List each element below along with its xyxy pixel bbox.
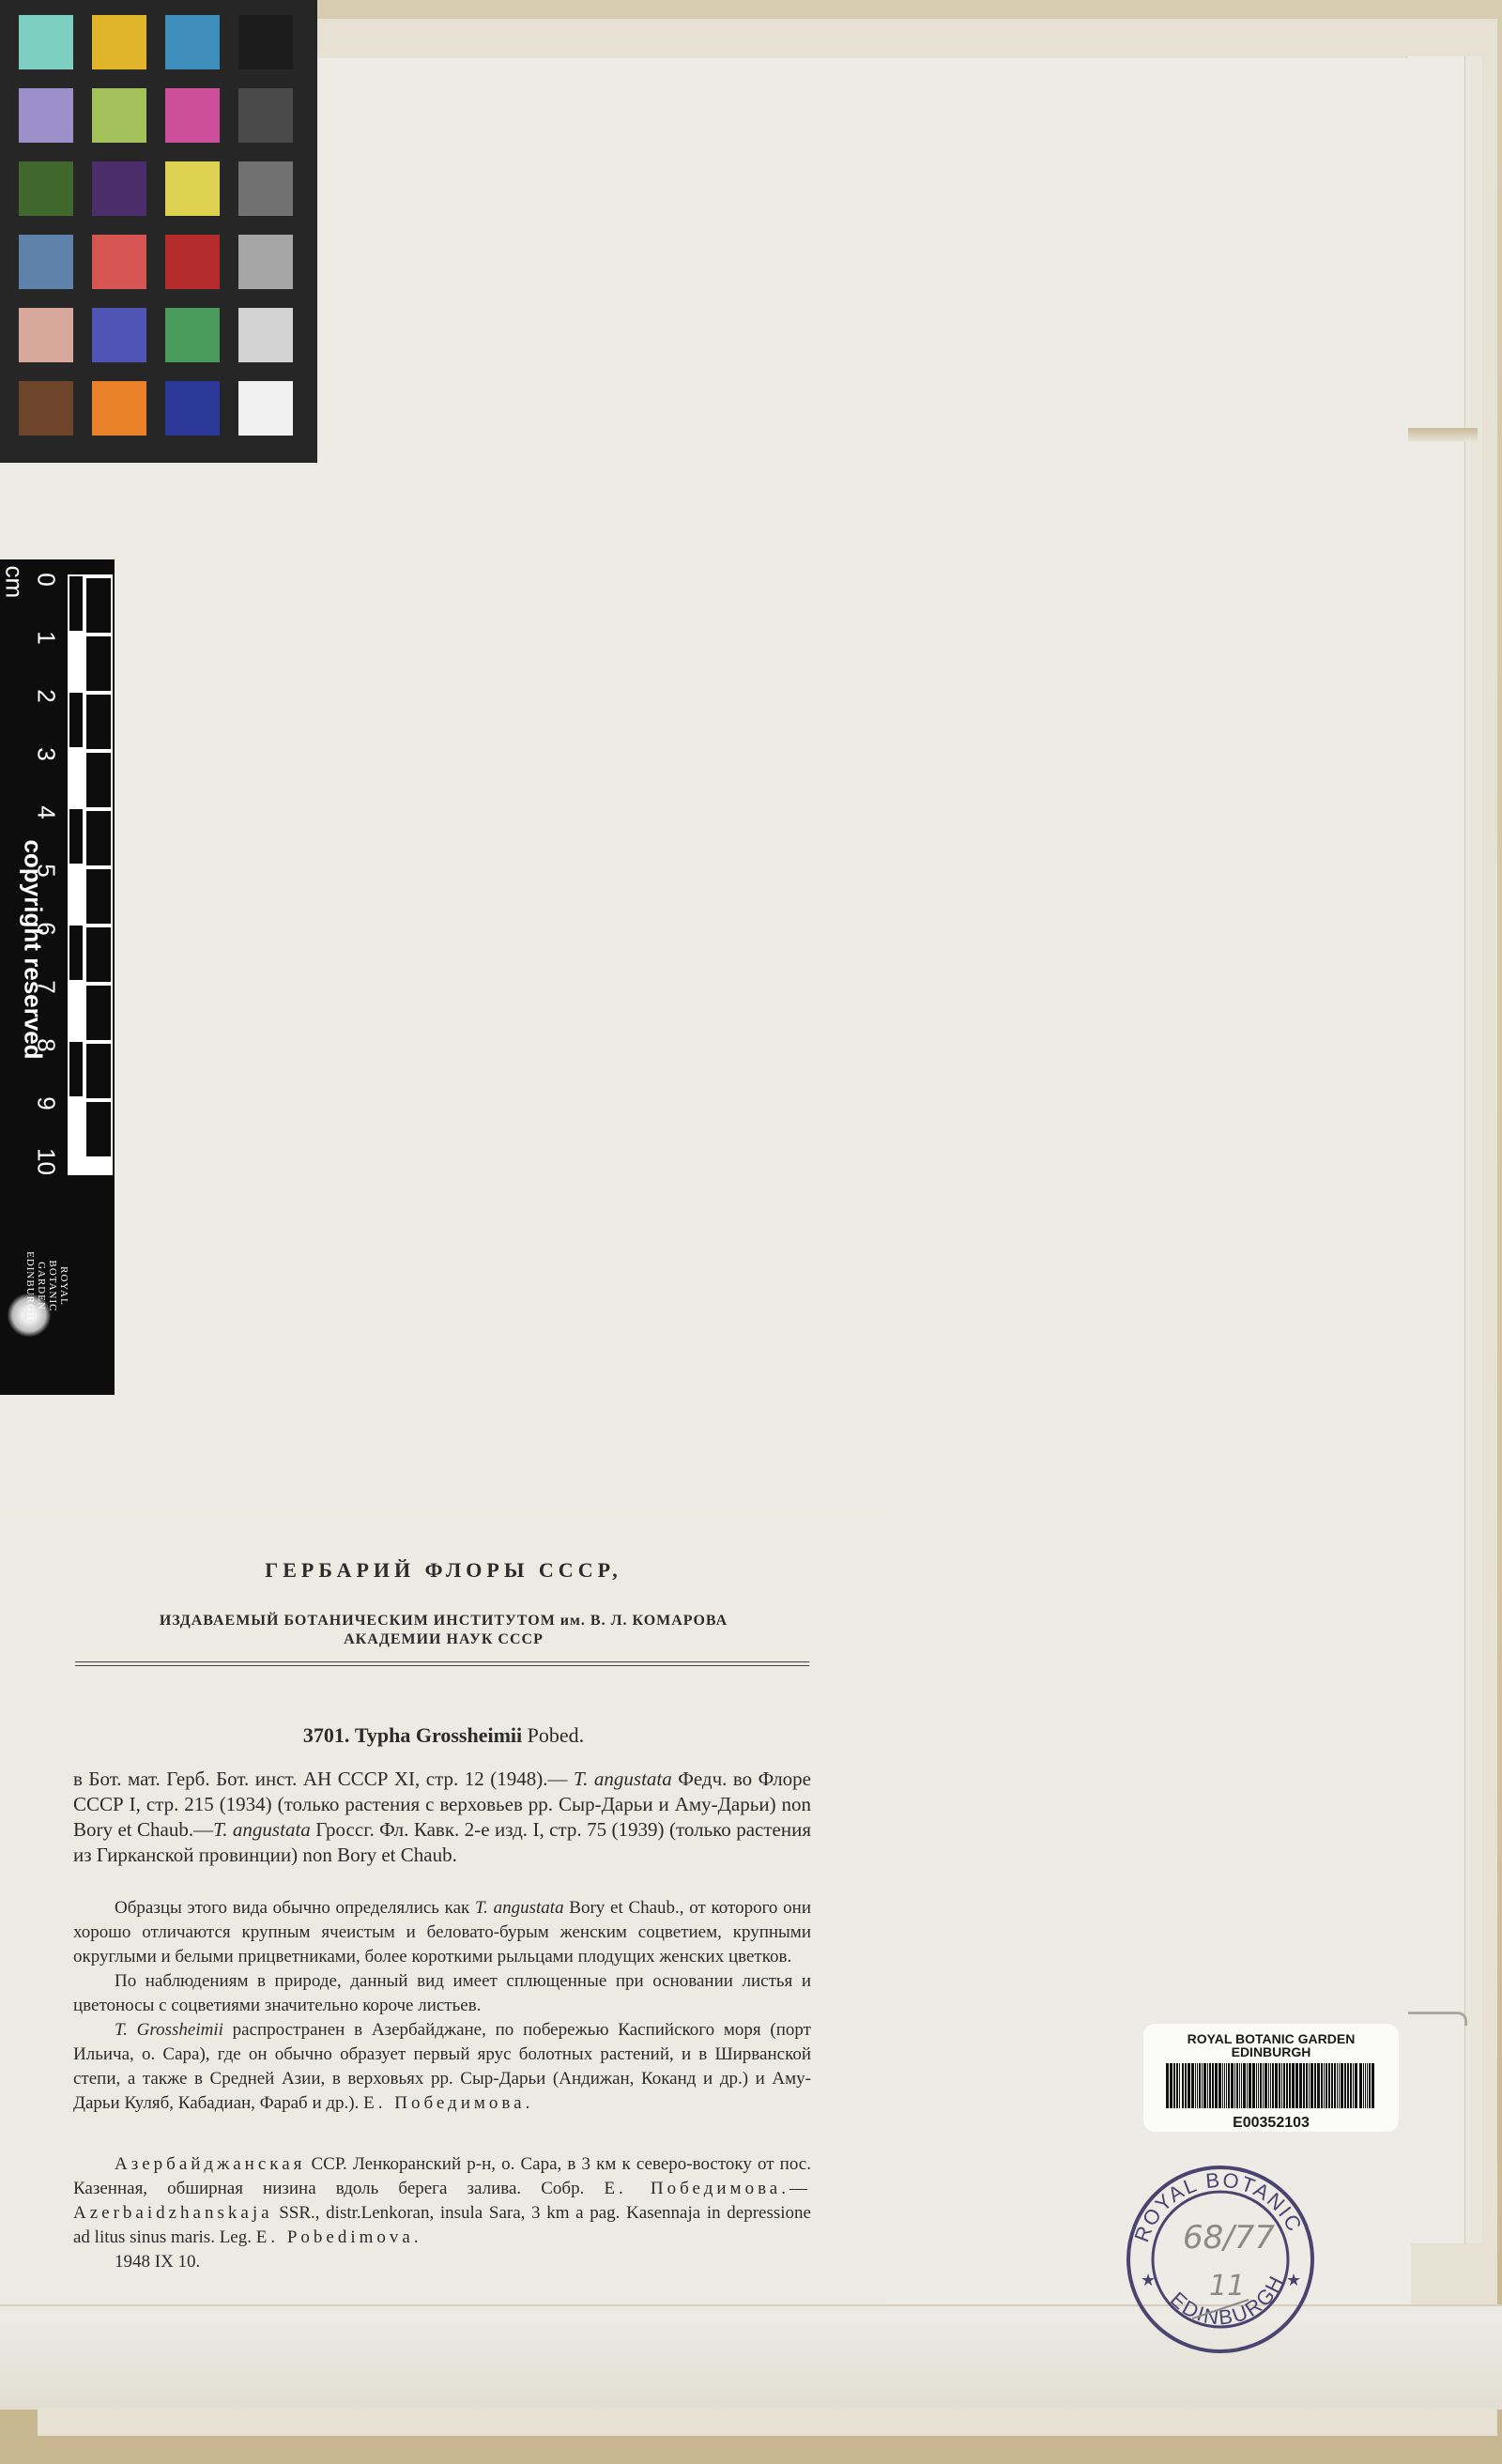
barcode-icon <box>1166 2063 1376 2108</box>
pin-clip <box>1408 2012 1467 2026</box>
ruler-tick-label: 6 <box>32 915 61 943</box>
colour-swatch <box>165 161 220 216</box>
colour-swatch <box>92 161 146 216</box>
specimen-label: ГЕРБАРИЙ ФЛОРЫ СССР, ИЗДАВАЕМЫЙ БОТАНИЧЕ… <box>0 1509 887 2303</box>
barcode-city: EDINBURGH <box>1143 2045 1399 2058</box>
label-academy: АКАДЕМИИ НАУК СССР <box>0 1631 887 1648</box>
colour-swatch <box>238 381 293 436</box>
colour-swatch <box>238 235 293 289</box>
svg-text:★: ★ <box>1141 2271 1156 2289</box>
exsiccata-number: 3701. <box>303 1723 350 1747</box>
colour-swatch <box>165 308 220 362</box>
colour-swatch <box>165 235 220 289</box>
colour-swatch <box>238 161 293 216</box>
ruler-tick-label: 3 <box>32 741 61 769</box>
ruler-tick-label: 1 <box>32 624 61 652</box>
ruler-tick-label: 0 <box>32 566 61 594</box>
herbarium-stamp: ROYAL BOTANIC EDINBURGH ★ ★ 68/77 11 <box>1117 2154 1324 2361</box>
collection-date: 1948 IX 10. <box>73 2250 811 2274</box>
svg-text:★: ★ <box>1286 2271 1301 2289</box>
ruler-tick-label: 9 <box>32 1090 61 1118</box>
barcode-label: ROYAL BOTANIC GARDEN EDINBURGH E00352103 <box>1143 2024 1399 2132</box>
ruler-tick-label: 2 <box>32 682 61 711</box>
svg-text:11: 11 <box>1209 2270 1245 2303</box>
colour-calibration-chart <box>0 0 317 463</box>
label-locality: Азербайджанская ССР. Ленкоранский р-н, о… <box>73 2152 811 2274</box>
ruler-institution: ROYALBOTANICGARDENEDINBURGH <box>24 1230 69 1342</box>
colour-swatch <box>92 235 146 289</box>
colour-swatch <box>19 381 73 436</box>
scale-ruler: copyright reserved ROYALBOTANICGARDENEDI… <box>0 559 115 1395</box>
colour-swatch <box>165 15 220 69</box>
label-rule <box>75 1661 809 1662</box>
species-author: Pobed. <box>528 1723 585 1747</box>
colour-swatch <box>19 235 73 289</box>
species-name: Typha Grossheimii <box>355 1723 522 1747</box>
colour-swatch <box>92 15 146 69</box>
colour-swatch <box>19 15 73 69</box>
label-description: Образцы этого вида обычно определялись к… <box>73 1896 811 2116</box>
colour-swatch <box>19 161 73 216</box>
colour-swatch <box>165 88 220 143</box>
ruler-tick-label: 4 <box>32 799 61 827</box>
svg-text:68/77: 68/77 <box>1183 2219 1275 2257</box>
label-title: 3701. Typha Grossheimii Pobed. <box>0 1723 887 1748</box>
ruler-unit: cm <box>0 566 29 594</box>
label-publisher: ИЗДАВАЕМЫЙ БОТАНИЧЕСКИМ ИНСТИТУТОМ им. В… <box>0 1613 887 1630</box>
label-synonymy: в Бот. мат. Герб. Бот. инст. АН СССР XI,… <box>73 1767 811 1868</box>
barcode-number: E00352103 <box>1143 2115 1399 2132</box>
label-header: ГЕРБАРИЙ ФЛОРЫ СССР, <box>0 1558 887 1583</box>
colour-swatch <box>92 381 146 436</box>
colour-swatch <box>92 88 146 143</box>
colour-swatch <box>19 88 73 143</box>
folder-edge <box>1464 56 1482 2243</box>
ruler-tick-label: 7 <box>32 973 61 1002</box>
label-rule <box>75 1665 809 1666</box>
colour-swatch <box>19 308 73 362</box>
flap-shadow <box>1408 428 1478 441</box>
ruler-tick-label: 10 <box>32 1148 61 1176</box>
colour-swatch <box>165 381 220 436</box>
colour-swatch <box>238 15 293 69</box>
ruler-tick-label: 5 <box>32 857 61 885</box>
colour-swatch <box>92 308 146 362</box>
barcode-institution: ROYAL BOTANIC GARDEN <box>1143 2032 1399 2045</box>
ruler-tick-label: 8 <box>32 1032 61 1060</box>
colour-swatch <box>238 88 293 143</box>
colour-swatch <box>238 308 293 362</box>
